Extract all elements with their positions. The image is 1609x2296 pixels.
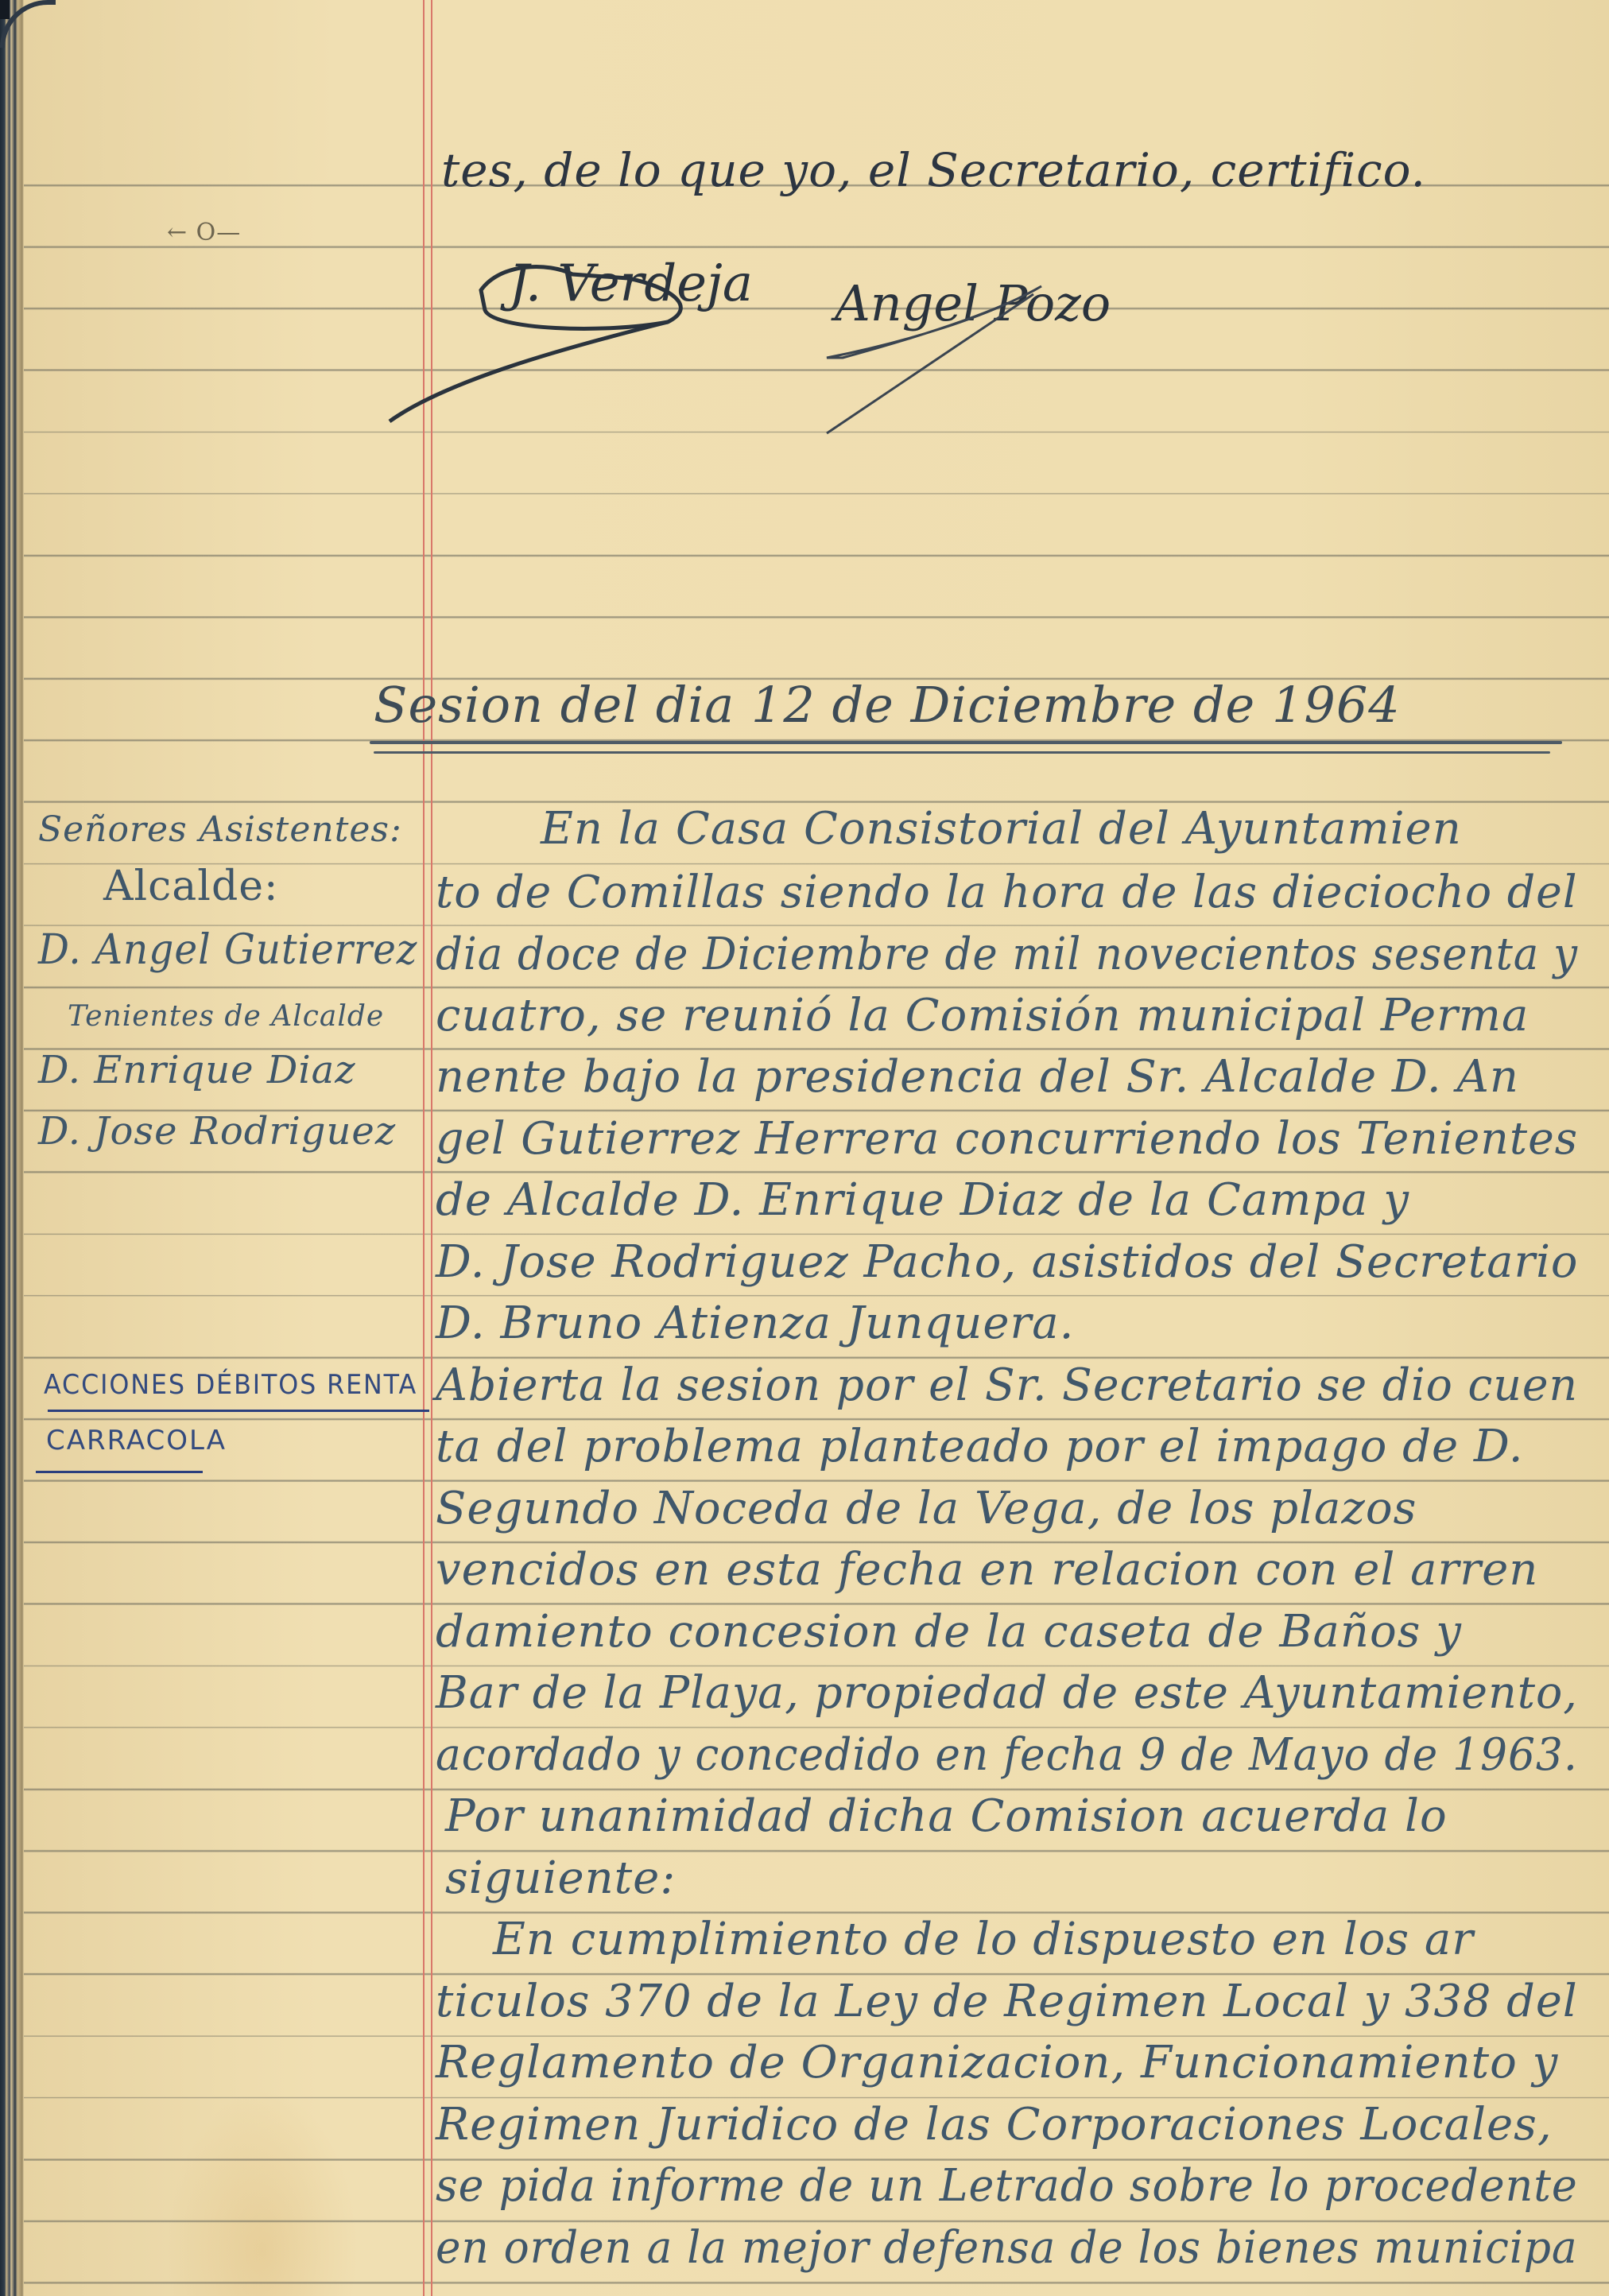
ledger-page: tes, de lo que yo, el Secretario, certif… — [0, 0, 1609, 2296]
body-line: ta del problema planteado por el impago … — [436, 1421, 1524, 1472]
body-line: de Alcalde D. Enrique Diaz de la Campa y — [436, 1174, 1409, 1226]
session-heading: Sesion del dia 12 de Diciembre de 1964 — [374, 676, 1401, 734]
teniente-1: D. Enrique Diaz — [38, 1048, 356, 1092]
body-line: damiento concesion de la caseta de Baños… — [436, 1606, 1462, 1658]
body-line: Bar de la Playa, propiedad de este Ayunt… — [436, 1667, 1578, 1719]
subject-underline-2 — [36, 1471, 203, 1473]
subject-line-1: ACCIONES DÉBITOS RENTA — [44, 1369, 417, 1401]
body-line: Abierta la sesion por el Sr. Secretario … — [436, 1359, 1578, 1411]
alcalde-name: D. Angel Gutierrez — [38, 926, 417, 974]
signature-flourish-icon — [0, 0, 1609, 557]
attendees-label: Señores Asistentes: — [38, 809, 402, 850]
body-line: nente bajo la presidencia del Sr. Alcald… — [436, 1051, 1519, 1103]
tenientes-label: Tenientes de Alcalde — [68, 1000, 384, 1033]
body-line: ticulos 370 de la Ley de Regimen Local y… — [436, 1976, 1578, 2027]
body-line: to de Comillas siendo la hora de las die… — [436, 867, 1578, 918]
body-line: acordado y concedido en fecha 9 de Mayo … — [436, 1729, 1578, 1781]
body-line: vencidos en esta fecha en relacion con e… — [436, 1544, 1538, 1596]
body-line: En la Casa Consistorial del Ayuntamien — [541, 803, 1462, 855]
body-line: Regimen Juridico de las Corporaciones Lo… — [436, 2099, 1553, 2151]
body-line: Por unanimidad dicha Comision acuerda lo — [445, 1790, 1448, 1842]
body-line: siguiente: — [445, 1852, 676, 1904]
body-line: cuatro, se reunió la Comisión municipal … — [436, 990, 1529, 1041]
body-line: En cumplimiento de lo dispuesto en los a… — [493, 1914, 1474, 1965]
body-line: se pida informe de un Letrado sobre lo p… — [436, 2160, 1578, 2212]
body-line: Segundo Noceda de la Vega, de los plazos — [436, 1483, 1417, 1534]
teniente-2: D. Jose Rodriguez — [38, 1109, 396, 1154]
alcalde-label: Alcalde: — [103, 863, 279, 910]
body-line: gel Gutierrez Herrera concurriendo los T… — [436, 1113, 1578, 1165]
body-line: D. Jose Rodriguez Pacho, asistidos del S… — [436, 1236, 1578, 1288]
body-line: dia doce de Diciembre de mil novecientos… — [436, 929, 1578, 980]
body-line: D. Bruno Atienza Junquera. — [436, 1297, 1074, 1349]
subject-line-2: CARRACOLA — [46, 1425, 227, 1456]
body-line: en orden a la mejor defensa de los biene… — [436, 2222, 1578, 2274]
body-line: Reglamento de Organizacion, Funcionamien… — [436, 2037, 1558, 2089]
subject-underline-1 — [48, 1410, 429, 1412]
heading-underline — [370, 741, 1562, 744]
